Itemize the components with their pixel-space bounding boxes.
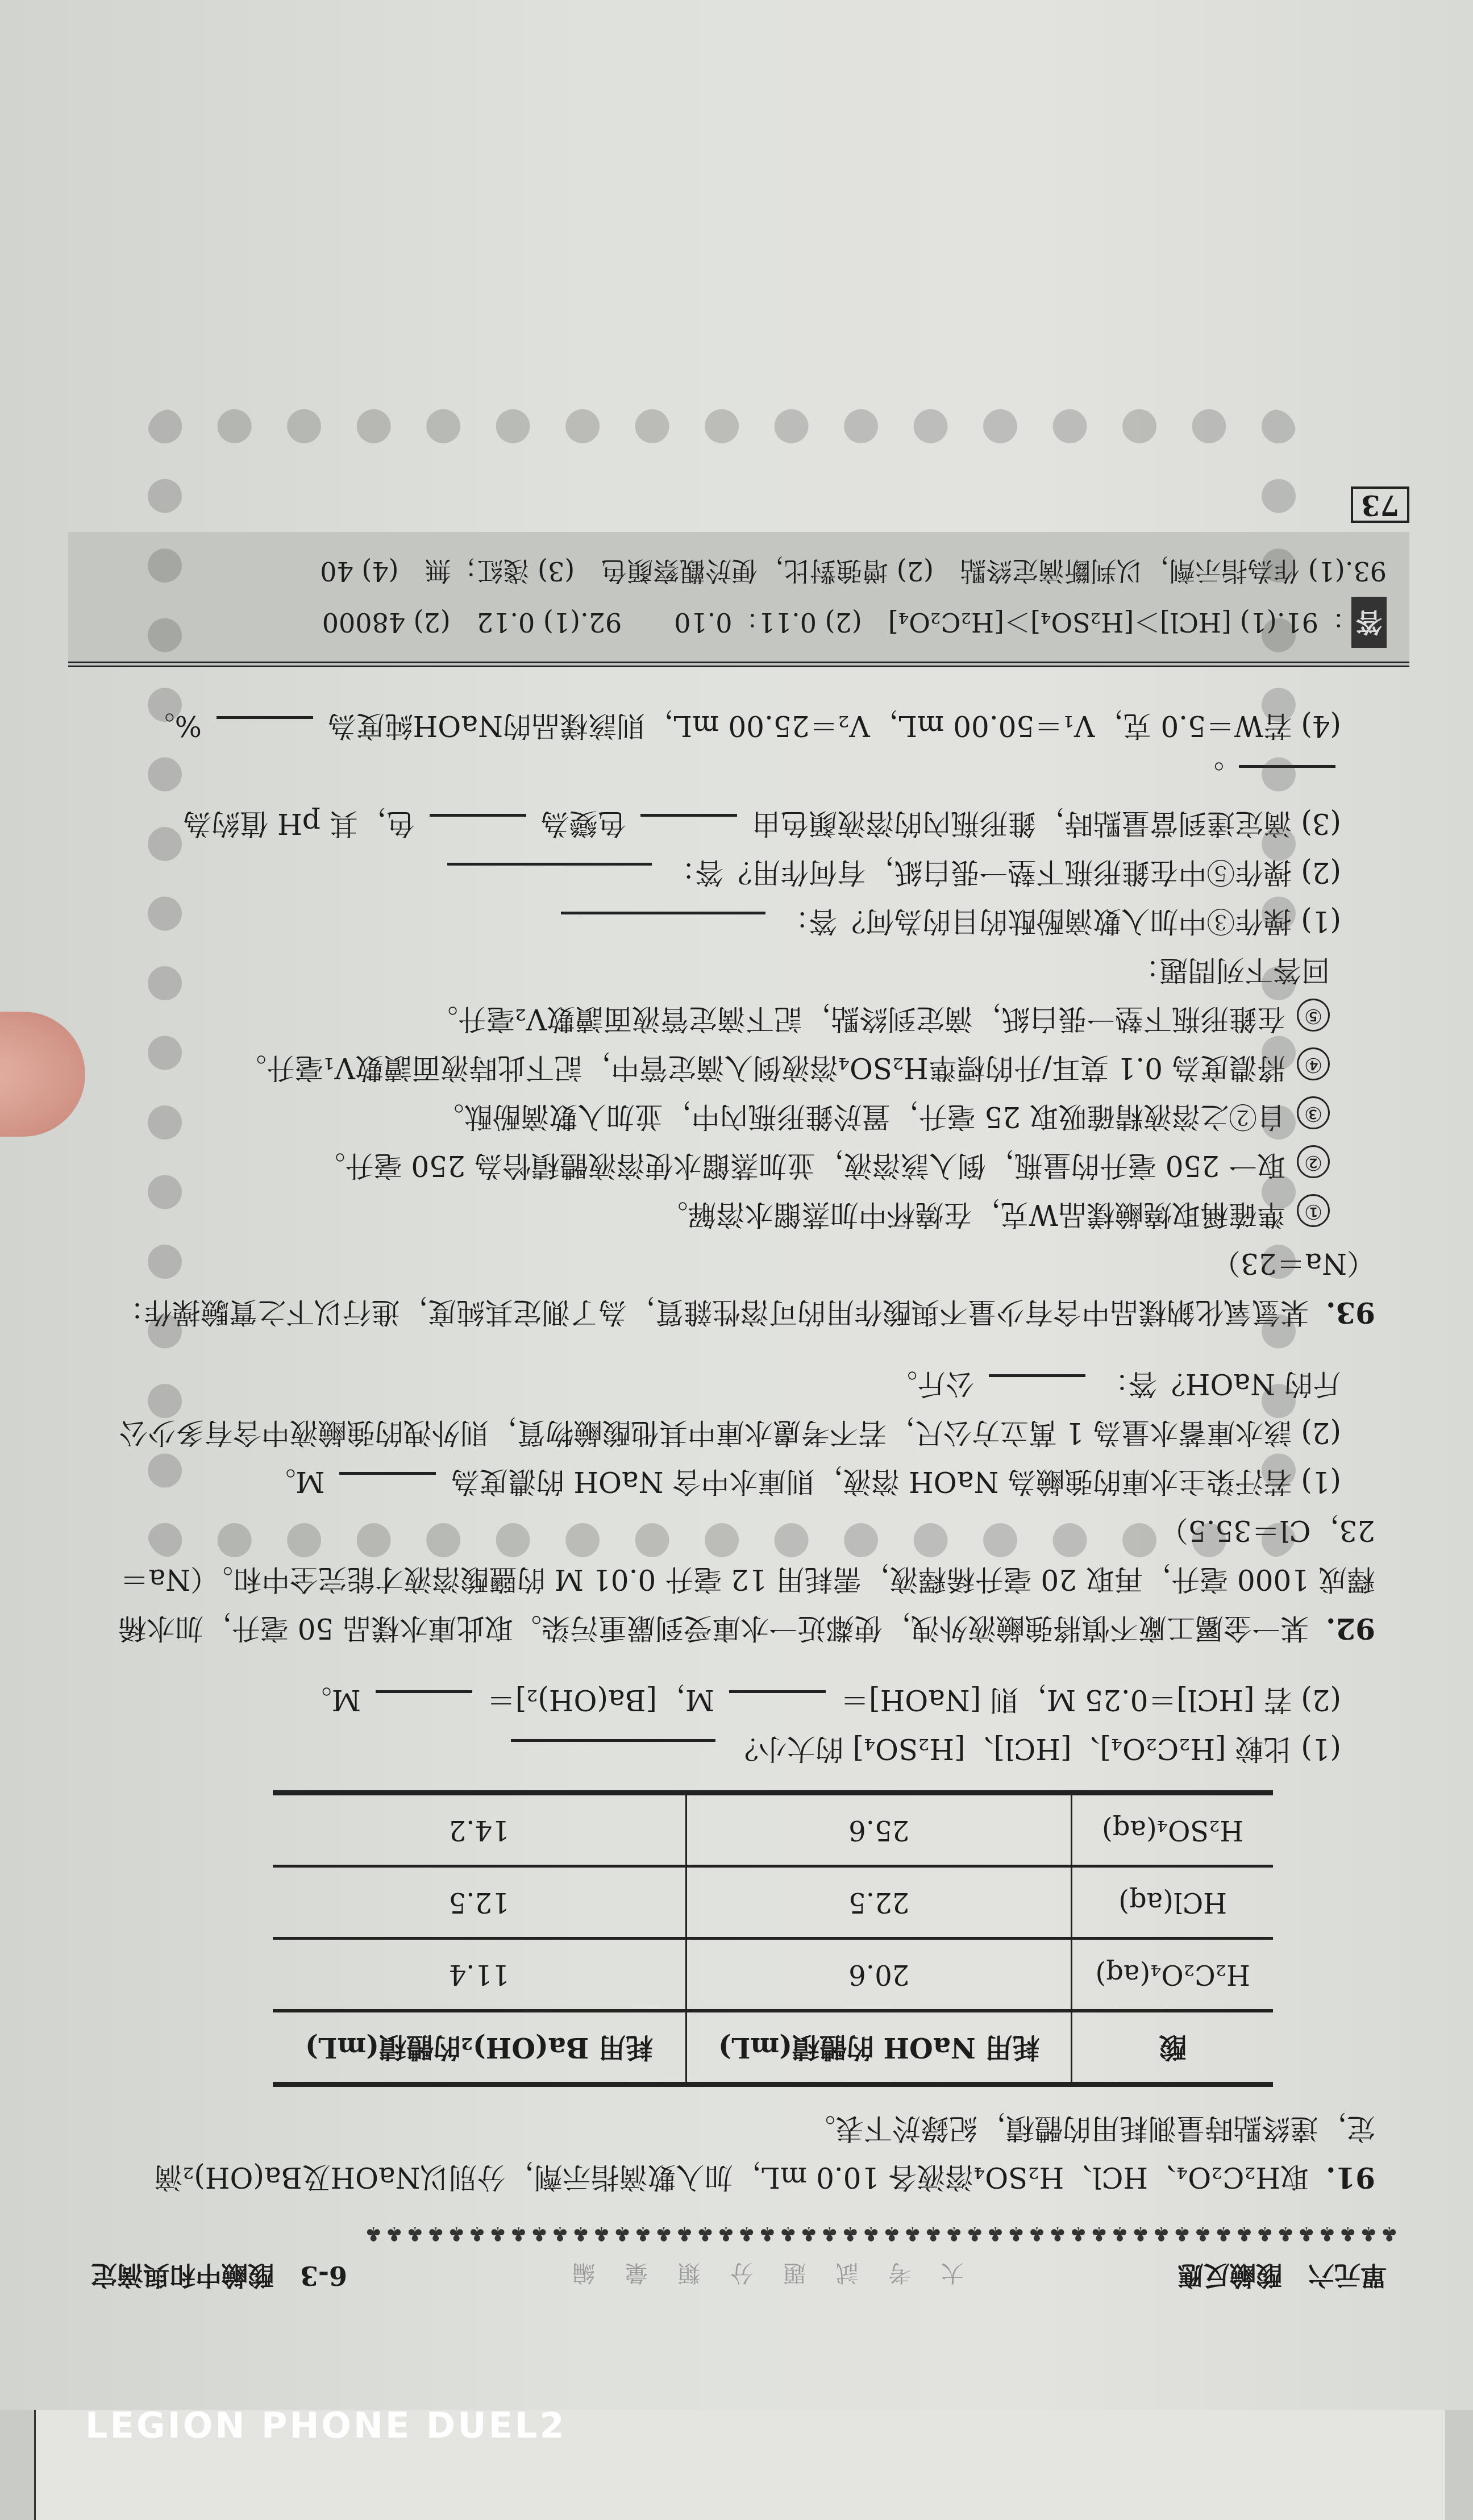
sub-question-text: 色變為 <box>540 807 626 840</box>
question-stem: 某氫氧化鈉樣品中含有少量不與酸作用的可溶性雜質，為了測定其純度，進行以下之實驗操… <box>115 1247 1375 1329</box>
sub-question-text: (4) 若W＝5.0 克，V₁＝50.00 mL，V₂＝25.00 mL，則該樣… <box>328 709 1341 742</box>
table-cell: HCl(aq) <box>1072 1866 1273 1939</box>
sub-question-text: (1) 比較 [H₂C₂O₄]、[HCl]、[H₂SO₄] 的大小？ <box>730 1732 1341 1765</box>
step-text: 取一 250 毫升的量瓶，倒入該溶液，並加蒸餾水使溶液體積恰為 250 毫升。 <box>317 1149 1285 1182</box>
table-header: 耗用 Ba(OH)₂的體積(mL) <box>273 2011 686 2085</box>
table-cell: 11.4 <box>273 1939 686 2011</box>
answer-blank[interactable] <box>339 1472 436 1500</box>
sub-question-text: (2) 該水庫蓄水量為 1 萬立方公尺，若不考慮水庫中其他酸鹼物質，則外洩的強鹼… <box>119 1367 1341 1449</box>
step-text: 準確稱取燒鹼樣品W克，在燒杯中加蒸餾水溶解。 <box>660 1198 1285 1231</box>
table-cell: 14.2 <box>273 1793 686 1866</box>
sub-question-2: (2) 該水庫蓄水量為 1 萬立方公尺，若不考慮水庫中其他酸鹼物質，則外洩的強鹼… <box>102 1359 1375 1457</box>
sub-question-text: (1) 操作③中加入數滴酚酞的目的為何？答： <box>780 905 1341 938</box>
answer-line-2: 93.(1) 作為指示劑，以判斷滴定終點 (2) 增強對比，便於觀察顏色 (3)… <box>91 546 1387 597</box>
step-marker: ② <box>1297 1145 1330 1178</box>
question-number: 92. <box>1326 1612 1375 1645</box>
answer-box: 答：91.(1) [HCl]＞[H₂SO₄]＞[H₂C₂O₄] (2) 0.11… <box>68 532 1409 667</box>
series-label: 大 考 試 題 分 類 彙 編 <box>561 2259 964 2291</box>
camera-watermark: LEGION PHONE DUEL2 <box>0 2405 567 2446</box>
answer-icon: 答 <box>1351 597 1387 648</box>
table-header: 酸 <box>1072 2011 1273 2085</box>
table-cell: 12.5 <box>273 1866 686 1939</box>
question-stem: 某一金屬工廠不慎將強鹼液外洩，使鄰近一水庫受到嚴重污染。取此庫水樣品 50 毫升… <box>118 1514 1375 1645</box>
answer-blank[interactable] <box>729 1690 826 1718</box>
section-label: 6-3 酸鹼中和與滴定 <box>91 2259 347 2296</box>
procedure-step: ①準確稱取燒鹼樣品W克，在燒杯中加蒸餾水溶解。 <box>102 1190 1375 1239</box>
answer-blank[interactable] <box>511 1739 715 1767</box>
titration-table: 酸 耗用 NaOH 的體積(mL) 耗用 Ba(OH)₂的體積(mL) H₂C₂… <box>273 1790 1273 2087</box>
procedure-step: ⑤在錐形瓶下墊一張白紙，滴定到終點，記下滴定管液面讀數V₂毫升。 <box>102 995 1375 1043</box>
sub-question-2: (2) 操作⑤中在錐形瓶下墊一張白紙，有何作用？答： <box>102 848 1375 897</box>
step-marker: ⑤ <box>1297 999 1330 1032</box>
question-stem: 取H₂C₂O₄、HCl、H₂SO₄溶液各 10.0 mL，加入數滴指示劑，分別以… <box>154 2112 1375 2194</box>
answer-blank[interactable] <box>561 912 765 939</box>
sub-question-text: M。 <box>267 1465 324 1498</box>
sub-question-text: 。 <box>1196 758 1224 791</box>
clover-decoration: ♣♣♣♣♣♣♣♣♣♣♣♣♣♣♣♣♣♣♣♣♣♣♣♣♣♣♣♣♣♣♣♣♣♣♣♣♣♣♣♣… <box>80 2224 1398 2245</box>
table-header: 耗用 NaOH 的體積(mL) <box>686 2011 1072 2085</box>
sub-question-text: %。 <box>146 709 202 742</box>
answer-blank[interactable] <box>447 863 652 891</box>
step-text: 自②之溶液精確吸取 25 毫升，置於錐形瓶內中，並加入數滴酚酞。 <box>436 1100 1285 1133</box>
question-92: 92. 某一金屬工廠不慎將強鹼液外洩，使鄰近一水庫受到嚴重污染。取此庫水樣品 5… <box>68 1359 1409 1653</box>
table-cell: 22.5 <box>686 1866 1072 1939</box>
question-91: 91. 取H₂C₂O₄、HCl、H₂SO₄溶液各 10.0 mL，加入數滴指示劑… <box>68 1675 1409 2202</box>
answer-text: ：91.(1) [HCl]＞[H₂SO₄]＞[H₂C₂O₄] (2) 0.11：… <box>322 607 1345 638</box>
procedure-step: ④將濃度為 0.1 莫耳/升的標準H₂SO₄溶液倒入滴定管中，記下此時液面讀數V… <box>102 1043 1375 1092</box>
step-marker: ① <box>1297 1194 1330 1227</box>
procedure-step: ③自②之溶液精確吸取 25 毫升，置於錐形瓶內中，並加入數滴酚酞。 <box>102 1092 1375 1141</box>
prompt: 回答下列問題： <box>102 946 1375 995</box>
table-row: H₂SO₄(aq) 25.6 14.2 <box>273 1793 1273 1866</box>
table-cell: H₂SO₄(aq) <box>1072 1793 1273 1866</box>
sub-question-1: (1) 比較 [H₂C₂O₄]、[HCl]、[H₂SO₄] 的大小？ <box>102 1724 1375 1773</box>
sub-question-text: (3) 滴定達到當量點時，錐形瓶內的溶液顏色由 <box>752 807 1341 840</box>
sub-question-text: M，[Ba(OH)₂]＝ <box>487 1683 714 1716</box>
sub-question-text: (2) 若 [HCl]＝0.25 M，則 [NaOH]＝ <box>840 1683 1341 1716</box>
question-number: 91. <box>1326 2161 1375 2194</box>
table-row: H₂C₂O₄(aq) 20.6 11.4 <box>273 1939 1273 2011</box>
step-marker: ③ <box>1297 1096 1330 1129</box>
answer-blank[interactable] <box>640 814 737 842</box>
page-header: 單元六 酸鹼反應 大 考 試 題 分 類 彙 編 6-3 酸鹼中和與滴定 <box>68 2259 1409 2296</box>
table-cell: 25.6 <box>686 1793 1072 1866</box>
question-93: 93. 某氫氧化鈉樣品中含有少量不與酸作用的可溶性雜質，為了測定其純度，進行以下… <box>68 701 1409 1337</box>
sub-question-text: (2) 操作⑤中在錐形瓶下墊一張白紙，有何作用？答： <box>667 856 1341 889</box>
table-cell: H₂C₂O₄(aq) <box>1072 1939 1273 2011</box>
step-text: 在錐形瓶下墊一張白紙，滴定到終點，記下滴定管液面讀數V₂毫升。 <box>430 1003 1285 1036</box>
photo: 單元六 酸鹼反應 大 考 試 題 分 類 彙 編 6-3 酸鹼中和與滴定 ♣♣♣… <box>0 0 1473 2520</box>
sub-question-text: (1) 若汙染主水庫的強鹼為 NaOH 溶液，則庫水中含 NaOH 的濃度為 <box>451 1465 1341 1498</box>
sub-question-2: (2) 若 [HCl]＝0.25 M，則 [NaOH]＝ M，[Ba(OH)₂]… <box>102 1675 1375 1724</box>
table-cell: 20.6 <box>686 1939 1072 2011</box>
sub-question-4: (4) 若W＝5.0 克，V₁＝50.00 mL，V₂＝25.00 mL，則該樣… <box>102 701 1375 750</box>
answer-blank[interactable] <box>1239 765 1335 793</box>
sub-question-text: 色，其 pH 值約為 <box>183 807 414 840</box>
answer-line-1: 答：91.(1) [HCl]＞[H₂SO₄]＞[H₂C₂O₄] (2) 0.11… <box>91 597 1387 648</box>
sub-question-1: (1) 若汙染主水庫的強鹼為 NaOH 溶液，則庫水中含 NaOH 的濃度為 M… <box>102 1457 1375 1506</box>
page-number: 73 <box>1351 486 1409 523</box>
answer-blank[interactable] <box>989 1374 1085 1402</box>
unit-label: 單元六 酸鹼反應 <box>1177 2259 1387 2296</box>
table-row: HCl(aq) 22.5 12.5 <box>273 1866 1273 1939</box>
answer-blank[interactable] <box>430 814 526 842</box>
answer-blank[interactable] <box>217 716 313 744</box>
question-number: 93. <box>1326 1296 1375 1329</box>
answer-blank[interactable] <box>376 1690 472 1718</box>
sub-question-text: M。 <box>303 1683 361 1716</box>
textbook-page: 單元六 酸鹼反應 大 考 試 題 分 類 彙 編 6-3 酸鹼中和與滴定 ♣♣♣… <box>68 119 1409 2296</box>
sub-question-1: (1) 操作③中加入數滴酚酞的目的為何？答： <box>102 897 1375 946</box>
sub-question-3: (3) 滴定達到當量點時，錐形瓶內的溶液顏色由 色變為 色，其 pH 值約為 。 <box>102 750 1375 848</box>
procedure-step: ②取一 250 毫升的量瓶，倒入該溶液，並加蒸餾水使溶液體積恰為 250 毫升。 <box>102 1141 1375 1190</box>
step-marker: ④ <box>1297 1047 1330 1080</box>
step-text: 將濃度為 0.1 莫耳/升的標準H₂SO₄溶液倒入滴定管中，記下此時液面讀數V₁… <box>238 1051 1285 1084</box>
sub-question-text: 公斤。 <box>889 1367 974 1400</box>
